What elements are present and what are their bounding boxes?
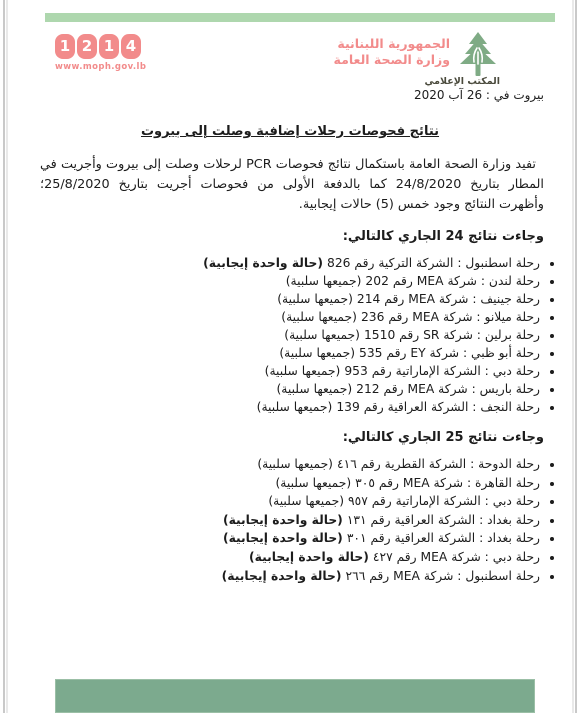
ministry-line: وزارة الصحة العامة <box>334 52 450 68</box>
flight-row: رحلة أبو ظبي : شركة EY رقم 535(جميعها سل… <box>0 344 540 362</box>
result-text: (جميعها سلبية) <box>268 494 344 508</box>
flight-row: رحلة اسطنبول : شركة MEA رقم ٢٦٦(حالة واح… <box>0 567 540 586</box>
flight-list-25: رحلة الدوحة : الشركة القطرية رقم ٤١٦(جمي… <box>0 455 558 585</box>
ministry-name: الجمهورية اللبنانية وزارة الصحة العامة <box>334 36 450 68</box>
flight-row: رحلة جينيف : شركة MEA رقم 214(جميعها سلب… <box>0 290 540 308</box>
flight-text: رحلة دبي : الشركة الإماراتية رقم ٩٥٧ <box>348 494 540 508</box>
flight-text: رحلة جينيف : شركة MEA رقم 214 <box>357 292 540 306</box>
result-text: (جميعها سلبية) <box>257 457 333 471</box>
flight-text: رحلة القاهرة : شركة MEA رقم ٣٠٥ <box>355 476 540 490</box>
hotline-1214-logo: 1 2 1 4 www.moph.gov.lb <box>55 34 165 72</box>
section-heading-24: وجاءت نتائج 24 الجاري كالتالي: <box>0 229 544 244</box>
flight-text: رحلة لندن : شركة MEA رقم 202 <box>365 274 540 288</box>
result-text: (جميعها سلبية) <box>265 364 341 378</box>
result-text: (جميعها سلبية) <box>281 310 357 324</box>
hotline-digit: 4 <box>121 34 141 59</box>
flight-row: رحلة دبي : الشركة الإماراتية رقم 953(جمي… <box>0 362 540 380</box>
result-text: (حالة واحدة إيجابية) <box>223 513 343 527</box>
flight-row: رحلة اسطنبول : الشركة التركية رقم 826(حا… <box>0 254 540 272</box>
moph-website-text: www.moph.gov.lb <box>55 62 165 72</box>
result-text: (جميعها سلبية) <box>284 328 360 342</box>
flight-row: رحلة بغداد : الشركة العراقية رقم ١٣١(حال… <box>0 511 540 530</box>
cedar-tree-icon <box>454 30 502 78</box>
flight-text: رحلة اسطنبول : شركة MEA رقم ٢٦٦ <box>346 569 541 583</box>
press-release-page: { "colors": { "top_bar": "#aed7ae", "bot… <box>0 0 580 713</box>
ministry-logo-block: الجمهورية اللبنانية وزارة الصحة العامة <box>334 30 502 78</box>
flight-row: رحلة الدوحة : الشركة القطرية رقم ٤١٦(جمي… <box>0 455 540 474</box>
document-title: نتائج فحوصات رحلات إضافية وصلت إلى بيروت <box>0 124 580 139</box>
media-office-label: المكتب الإعلامي <box>425 76 501 87</box>
flight-row: رحلة دبي : شركة MEA رقم ٤٢٧(حالة واحدة إ… <box>0 548 540 567</box>
result-text: (حالة واحدة إيجابية) <box>223 531 343 545</box>
hotline-digit: 2 <box>77 34 97 59</box>
republic-line: الجمهورية اللبنانية <box>334 36 450 52</box>
flight-row: رحلة القاهرة : شركة MEA رقم ٣٠٥(جميعها س… <box>0 474 540 493</box>
flight-text: رحلة باريس : شركة MEA رقم 212 <box>356 382 540 396</box>
flight-text: رحلة النجف : الشركة العراقية رقم 139 <box>336 400 540 414</box>
flight-row: رحلة دبي : الشركة الإماراتية رقم ٩٥٧(جمي… <box>0 492 540 511</box>
date-line: بيروت في : 26 آب 2020 <box>414 88 544 102</box>
footer-green-bar <box>55 679 535 713</box>
result-text: (جميعها سلبية) <box>257 400 333 414</box>
result-text: (جميعها سلبية) <box>276 382 352 396</box>
hotline-digit: 1 <box>55 34 75 59</box>
flight-text: رحلة ميلانو : شركة MEA رقم 236 <box>361 310 540 324</box>
hotline-digit: 1 <box>99 34 119 59</box>
intro-paragraph: تفيد وزارة الصحة العامة باستكمال نتائج ف… <box>40 155 544 215</box>
hotline-digit-tiles: 1 2 1 4 <box>55 34 165 59</box>
flight-text: رحلة الدوحة : الشركة القطرية رقم ٤١٦ <box>337 457 540 471</box>
page-right-edge-line <box>575 0 577 713</box>
flight-text: رحلة برلين : شركة SR رقم 1510 <box>364 328 540 342</box>
result-text: (حالة واحدة إيجابية) <box>222 569 342 583</box>
flight-text: رحلة أبو ظبي : شركة EY رقم 535 <box>359 346 540 360</box>
result-text: (حالة واحدة إيجابية) <box>203 256 323 270</box>
flight-text: رحلة دبي : شركة MEA رقم ٤٢٧ <box>373 550 540 564</box>
flight-row: رحلة النجف : الشركة العراقية رقم 139(جمي… <box>0 398 540 416</box>
flight-row: رحلة لندن : شركة MEA رقم 202(جميعها سلبي… <box>0 272 540 290</box>
header-green-bar <box>45 13 555 22</box>
section-heading-25: وجاءت نتائج 25 الجاري كالتالي: <box>0 430 544 445</box>
flight-text: رحلة دبي : الشركة الإماراتية رقم 953 <box>344 364 540 378</box>
result-text: (جميعها سلبية) <box>286 274 362 288</box>
flight-row: رحلة برلين : شركة SR رقم 1510(جميعها سلب… <box>0 326 540 344</box>
flight-row: رحلة باريس : شركة MEA رقم 212(جميعها سلب… <box>0 380 540 398</box>
flight-row: رحلة ميلانو : شركة MEA رقم 236(جميعها سل… <box>0 308 540 326</box>
flight-row: رحلة بغداد : الشركة العراقية رقم ٣٠١(حال… <box>0 529 540 548</box>
flight-text: رحلة اسطنبول : الشركة التركية رقم 826 <box>327 256 540 270</box>
flight-list-24: رحلة اسطنبول : الشركة التركية رقم 826(حا… <box>0 254 558 416</box>
flight-text: رحلة بغداد : الشركة العراقية رقم ٣٠١ <box>347 531 540 545</box>
results-section-24: وجاءت نتائج 24 الجاري كالتالي: رحلة اسطن… <box>0 229 580 416</box>
result-text: (جميعها سلبية) <box>279 346 355 360</box>
result-text: (حالة واحدة إيجابية) <box>249 550 369 564</box>
results-section-25: وجاءت نتائج 25 الجاري كالتالي: رحلة الدو… <box>0 430 580 585</box>
flight-text: رحلة بغداد : الشركة العراقية رقم ١٣١ <box>347 513 540 527</box>
result-text: (جميعها سلبية) <box>277 292 353 306</box>
page-left-edge-line <box>3 0 5 713</box>
result-text: (جميعها سلبية) <box>276 476 352 490</box>
